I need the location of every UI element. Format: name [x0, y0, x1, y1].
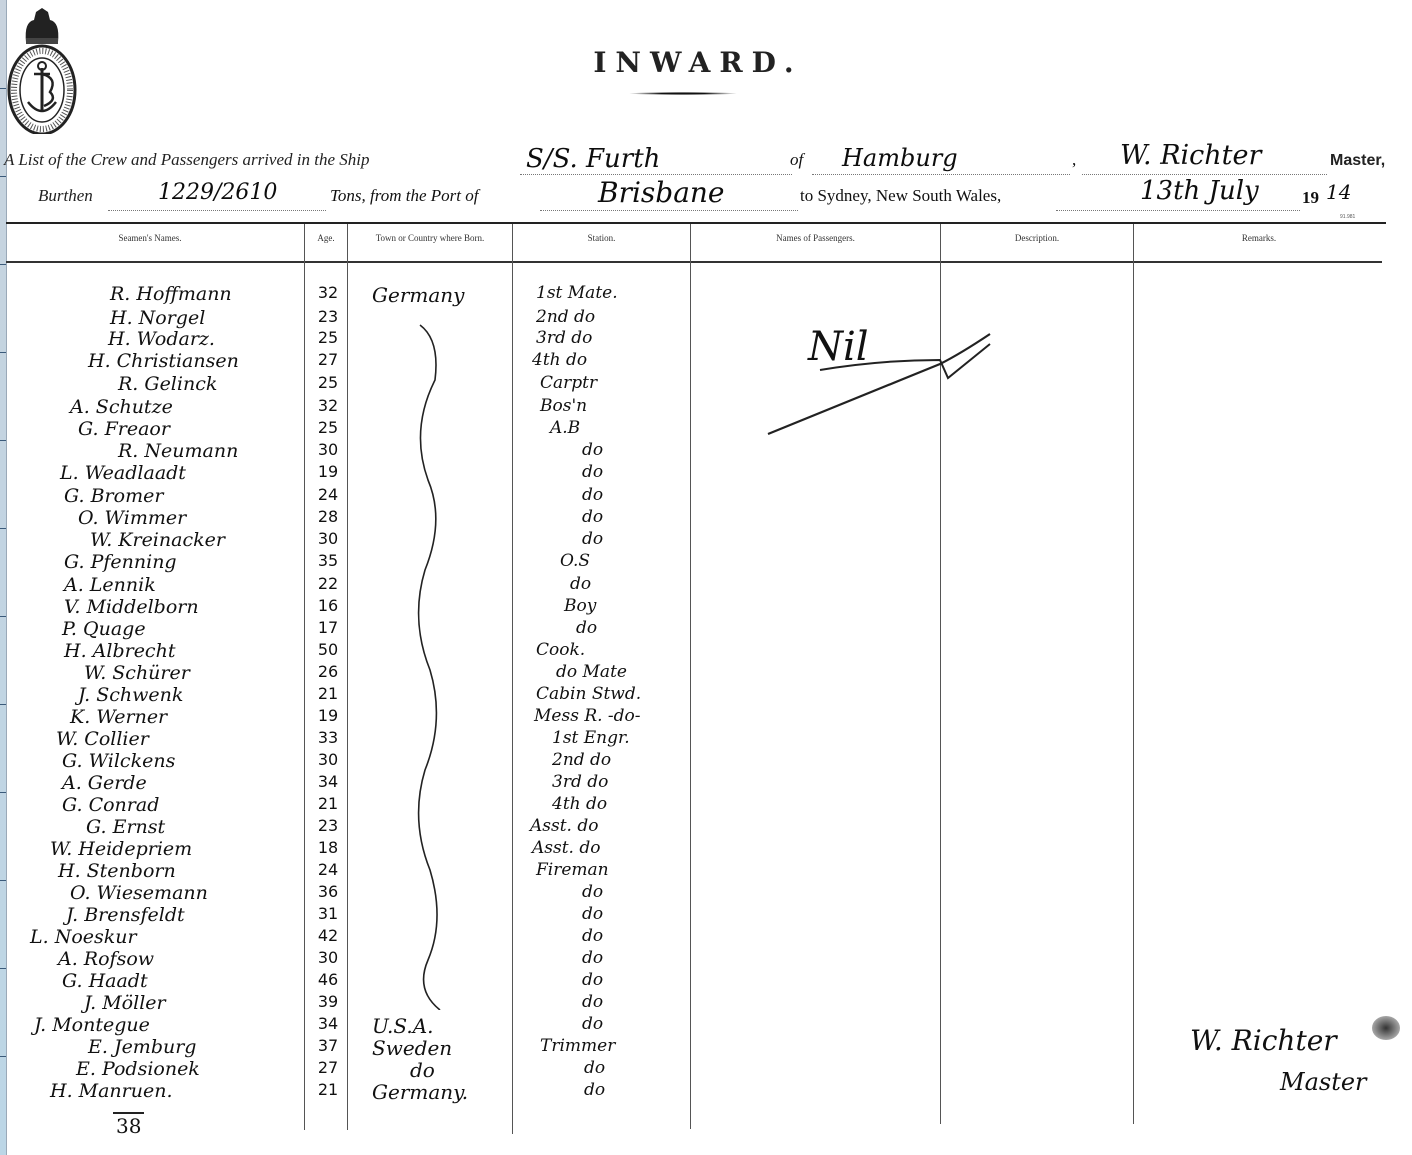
- seaman-station: Carptr: [540, 373, 597, 393]
- seaman-name: H. Wodarz.: [108, 328, 215, 350]
- seaman-age: 34: [308, 772, 348, 791]
- seaman-age: 30: [308, 948, 348, 967]
- master-signature: W. Richter: [1190, 1024, 1337, 1057]
- seaman-name: H. Albrecht: [64, 640, 175, 662]
- ship-dotted-line: [520, 160, 792, 175]
- seaman-age: 19: [308, 462, 348, 481]
- col-passengers: Names of Passengers.: [691, 233, 940, 243]
- total-crew-count: 38: [113, 1112, 144, 1138]
- seaman-name: G. Haadt: [62, 970, 148, 992]
- seaman-station: do: [582, 440, 603, 460]
- col-age: Age.: [305, 233, 347, 243]
- seaman-age: 24: [308, 860, 348, 879]
- seaman-name: G. Freaor: [78, 418, 170, 440]
- shipping-master-seal-icon: [6, 8, 78, 134]
- destination-label: to Sydney, New South Wales,: [800, 186, 1001, 206]
- seaman-name: H. Manruen.: [50, 1080, 173, 1102]
- nil-strike-line: [760, 330, 1000, 440]
- arrival-date: 13th July: [1140, 176, 1259, 206]
- seaman-station: do: [582, 462, 603, 482]
- col-description: Description.: [941, 233, 1133, 243]
- ditto-squiggle-born: [400, 320, 460, 1010]
- seaman-station: do: [576, 618, 597, 638]
- year-prefix: 19: [1302, 188, 1319, 208]
- seaman-station: 3rd do: [536, 328, 592, 348]
- seaman-name: A. Lennik: [64, 574, 156, 596]
- seaman-station: do Mate: [556, 662, 627, 682]
- seaman-age: 21: [308, 684, 348, 703]
- seaman-name: J. Brensfeldt: [66, 904, 185, 926]
- seaman-age: 31: [308, 904, 348, 923]
- seaman-name: H. Christiansen: [88, 350, 239, 372]
- seaman-age: 50: [308, 640, 348, 659]
- table-top-rule: [6, 222, 1386, 224]
- left-window-edge: [0, 0, 7, 1155]
- seaman-station: do: [584, 1080, 605, 1100]
- seaman-station: do: [582, 1014, 603, 1034]
- column-divider: [690, 224, 691, 1129]
- seaman-age: 18: [308, 838, 348, 857]
- tons-from-port-label: Tons, from the Port of: [330, 186, 478, 206]
- seaman-age: 27: [308, 1058, 348, 1077]
- col-seamen-names: Seamen's Names.: [40, 233, 260, 243]
- seaman-station: 4th do: [532, 350, 587, 370]
- seaman-name: G. Pfenning: [64, 551, 177, 573]
- seaman-age: 25: [308, 418, 348, 437]
- master-label: Master,: [1330, 152, 1385, 170]
- seaman-name: J. Montegue: [34, 1014, 150, 1036]
- seaman-name: J. Möller: [84, 992, 166, 1014]
- column-divider: [304, 224, 305, 1130]
- seaman-station: do: [582, 948, 603, 968]
- seaman-station: O.S: [560, 551, 590, 571]
- seaman-station: 4th do: [552, 794, 607, 814]
- from-port: Brisbane: [598, 176, 725, 209]
- seaman-age: 17: [308, 618, 348, 637]
- seaman-station: 2nd do: [536, 307, 595, 327]
- seaman-name: A. Rofsow: [58, 948, 154, 970]
- seaman-name: R. Hoffmann: [110, 283, 232, 305]
- seaman-age: 32: [308, 396, 348, 415]
- seaman-station: do: [582, 485, 603, 505]
- seaman-name: L. Noeskur: [30, 926, 137, 948]
- seaman-age: 27: [308, 350, 348, 369]
- seaman-name: A. Gerde: [62, 772, 147, 794]
- seaman-station: A.B: [550, 418, 580, 438]
- seaman-name: J. Schwenk: [78, 684, 183, 706]
- column-divider: [512, 224, 513, 1134]
- seaman-age: 30: [308, 750, 348, 769]
- seaman-station: 2nd do: [552, 750, 611, 770]
- seaman-age: 21: [308, 794, 348, 813]
- seaman-birthplace: Sweden: [372, 1036, 452, 1060]
- seaman-name: W. Schürer: [84, 662, 190, 684]
- seaman-station: Boy: [564, 596, 596, 616]
- seaman-name: R. Gelinck: [118, 373, 217, 395]
- seaman-station: do: [584, 1058, 605, 1078]
- seaman-name: G. Ernst: [86, 816, 165, 838]
- seaman-age: 42: [308, 926, 348, 945]
- burthen-label: Burthen: [38, 186, 93, 205]
- seaman-birthplace: do: [410, 1058, 435, 1082]
- col-remarks: Remarks.: [1134, 233, 1384, 243]
- col-born: Town or Country where Born.: [348, 233, 512, 243]
- document-title: INWARD.: [548, 46, 848, 79]
- seaman-station: Fireman: [536, 860, 609, 880]
- seaman-name: G. Bromer: [64, 485, 163, 507]
- seaman-age: 19: [308, 706, 348, 725]
- year-suffix: 14: [1326, 180, 1351, 204]
- seaman-station: Mess R. -do-: [534, 706, 641, 726]
- column-divider: [1133, 224, 1134, 1124]
- seaman-age: 37: [308, 1036, 348, 1055]
- seaman-name: A. Schutze: [70, 396, 173, 418]
- seaman-age: 22: [308, 574, 348, 593]
- seaman-name: G. Wilckens: [62, 750, 175, 772]
- seaman-age: 28: [308, 507, 348, 526]
- seaman-name: E. Podsionek: [76, 1058, 200, 1080]
- seaman-name: G. Conrad: [62, 794, 159, 816]
- seaman-name: P. Quage: [62, 618, 146, 640]
- seaman-name: E. Jemburg: [88, 1036, 196, 1058]
- seaman-age: 34: [308, 1014, 348, 1033]
- comma: ,: [1072, 150, 1076, 170]
- seaman-station: Bos'n: [540, 396, 587, 416]
- title-ornament-rule: [628, 92, 738, 95]
- seaman-station: do: [570, 574, 591, 594]
- form-code: 91.981: [1340, 214, 1355, 220]
- seaman-age: 24: [308, 485, 348, 504]
- seaman-station: Trimmer: [540, 1036, 615, 1056]
- seaman-station: 1st Engr.: [552, 728, 630, 748]
- seaman-name: H. Norgel: [110, 307, 205, 329]
- header-line-1: A List of the Crew and Passengers arrive…: [4, 150, 370, 170]
- seaman-birthplace: Germany: [372, 283, 464, 307]
- seaman-age: 21: [308, 1080, 348, 1099]
- seaman-station: do: [582, 970, 603, 990]
- seaman-name: H. Stenborn: [58, 860, 176, 882]
- seaman-station: do: [582, 904, 603, 924]
- seaman-age: 32: [308, 283, 348, 302]
- seaman-name: W. Kreinacker: [90, 529, 225, 551]
- seaman-age: 36: [308, 882, 348, 901]
- seaman-name: O. Wiesemann: [70, 882, 208, 904]
- seaman-age: 30: [308, 440, 348, 459]
- seaman-station: Asst. do: [532, 838, 600, 858]
- seaman-station: do: [582, 882, 603, 902]
- table-header-rule: [6, 261, 1382, 263]
- ink-blot: [1372, 1016, 1400, 1040]
- seaman-name: K. Werner: [70, 706, 167, 728]
- seaman-age: 16: [308, 596, 348, 615]
- seaman-name: W. Collier: [56, 728, 149, 750]
- of-label: of: [790, 150, 803, 170]
- seaman-age: 25: [308, 328, 348, 347]
- header-line-2: Burthen: [38, 186, 93, 206]
- seaman-station: do: [582, 992, 603, 1012]
- seaman-age: 33: [308, 728, 348, 747]
- seaman-age: 39: [308, 992, 348, 1011]
- seaman-name: R. Neumann: [118, 440, 238, 462]
- seaman-name: V. Middelborn: [64, 596, 199, 618]
- seaman-station: do: [582, 507, 603, 527]
- seaman-name: W. Heidepriem: [50, 838, 192, 860]
- seaman-name: L. Weadlaadt: [60, 462, 186, 484]
- seaman-age: 23: [308, 816, 348, 835]
- burthen-value: 1229/2610: [158, 180, 277, 205]
- registry-dotted-line: [812, 160, 1070, 175]
- seaman-birthplace: U.S.A.: [372, 1014, 434, 1038]
- seaman-name: O. Wimmer: [78, 507, 186, 529]
- seaman-age: 46: [308, 970, 348, 989]
- seaman-station: 3rd do: [552, 772, 608, 792]
- seaman-station: do: [582, 926, 603, 946]
- seaman-station: Asst. do: [530, 816, 598, 836]
- seaman-age: 26: [308, 662, 348, 681]
- seaman-birthplace: Germany.: [372, 1080, 468, 1104]
- seaman-age: 35: [308, 551, 348, 570]
- seaman-station: 1st Mate.: [536, 283, 618, 303]
- master-dotted-line: [1082, 160, 1327, 175]
- seaman-station: do: [582, 529, 603, 549]
- seaman-age: 23: [308, 307, 348, 326]
- seaman-station: Cabin Stwd.: [536, 684, 641, 704]
- seaman-station: Cook.: [536, 640, 585, 660]
- seaman-age: 30: [308, 529, 348, 548]
- list-heading-text: A List of the Crew and Passengers arrive…: [4, 150, 370, 169]
- seaman-age: 25: [308, 373, 348, 392]
- master-signature-title: Master: [1280, 1068, 1367, 1096]
- col-station: Station.: [513, 233, 690, 243]
